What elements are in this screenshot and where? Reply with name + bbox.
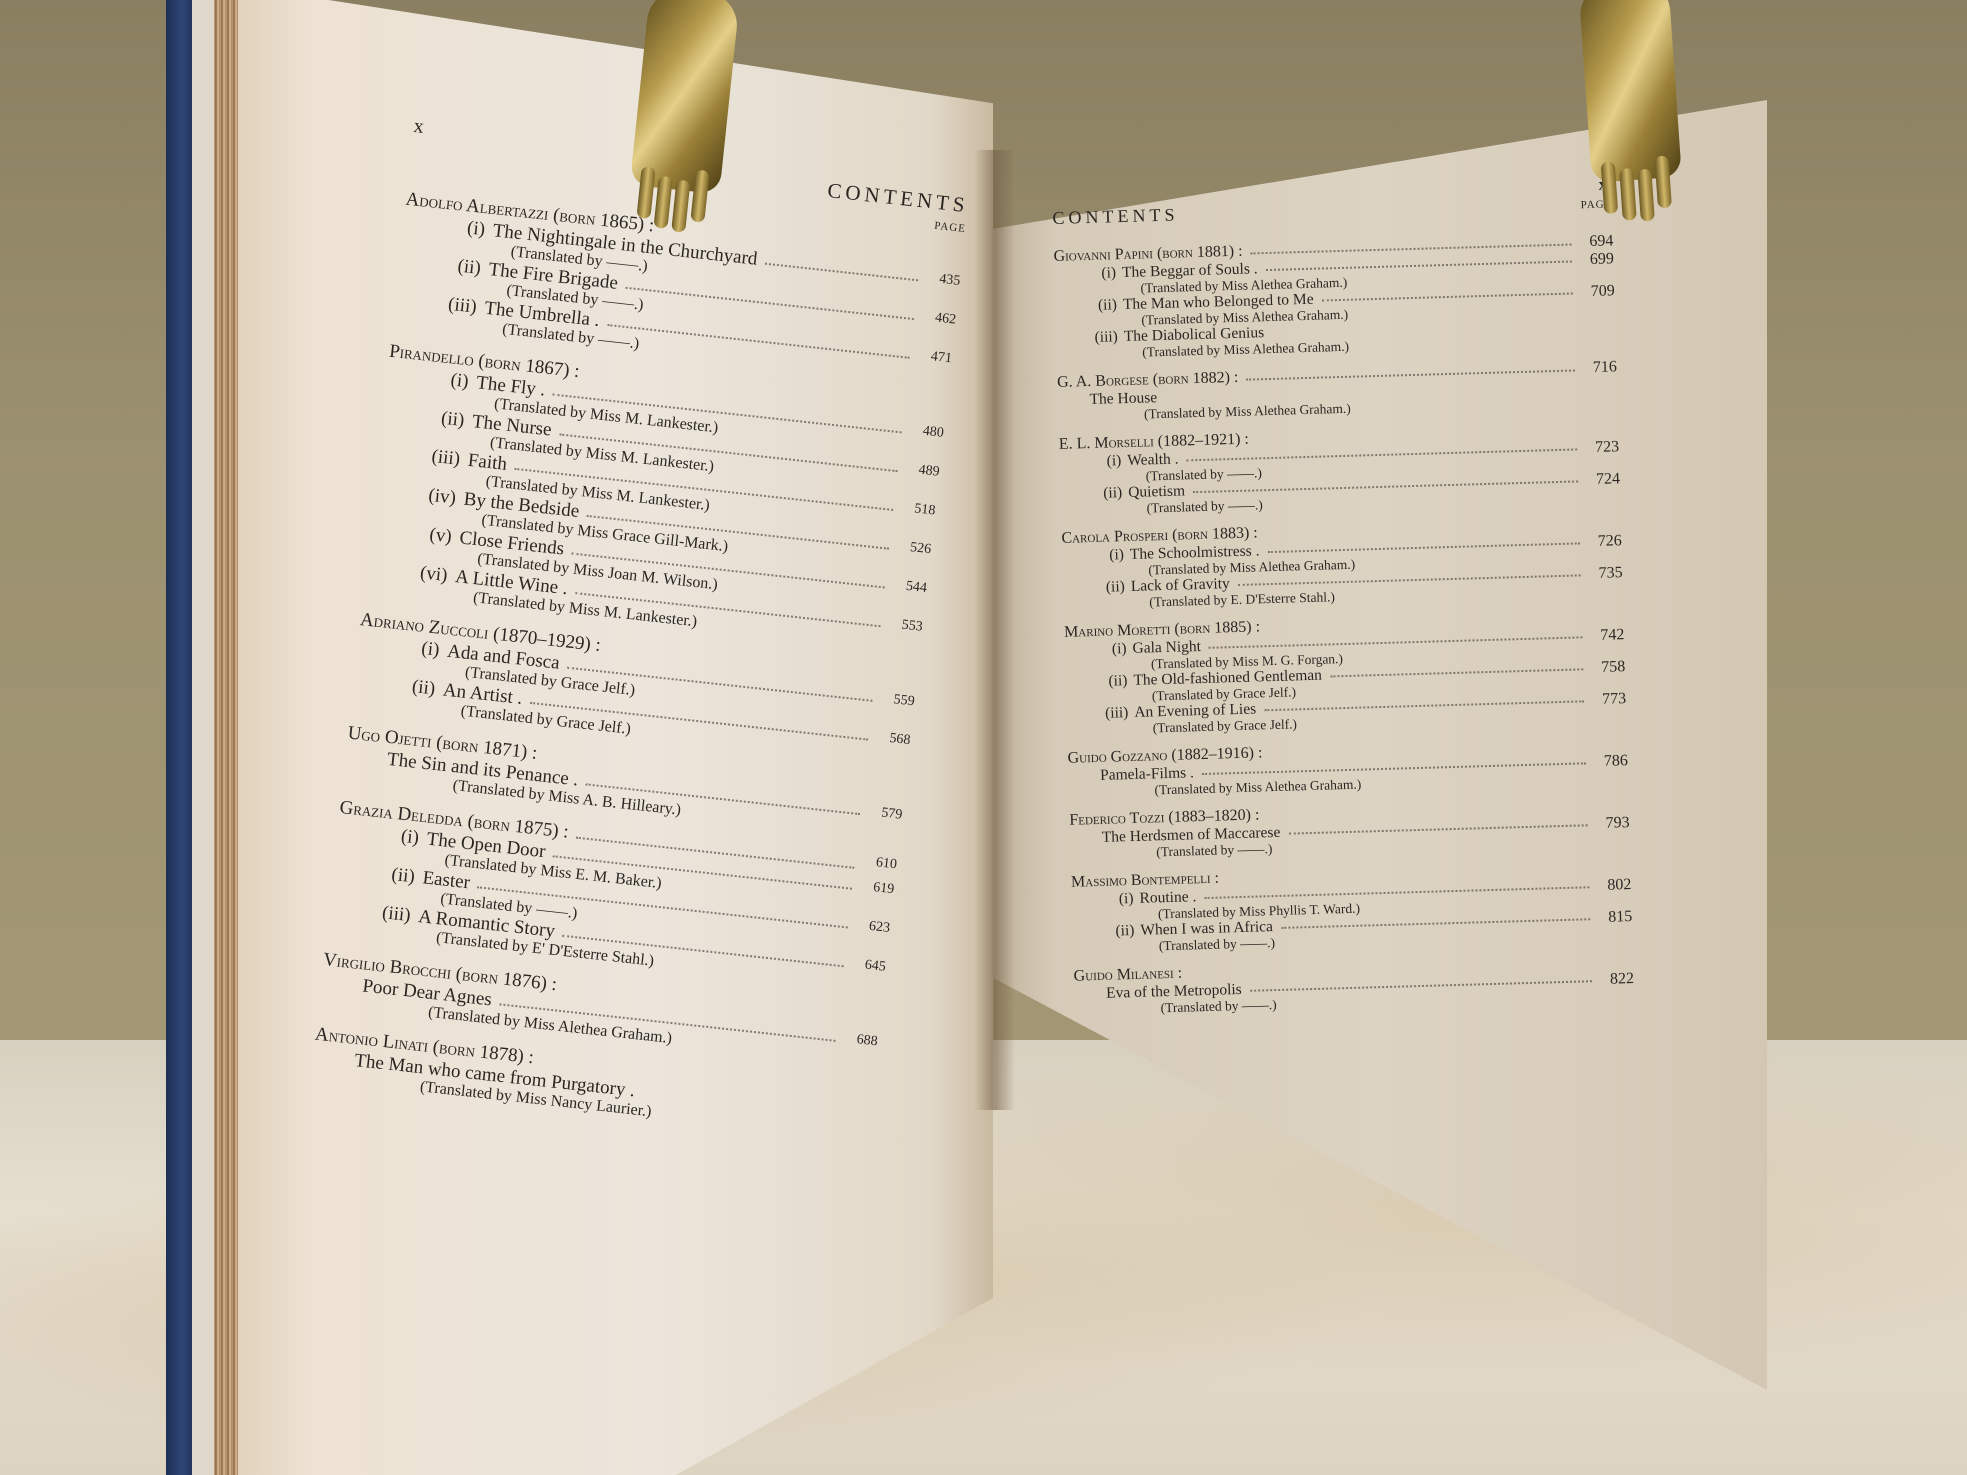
page-number bbox=[1599, 952, 1633, 971]
story-number: (i) bbox=[1096, 640, 1126, 658]
book-page-edges bbox=[214, 0, 240, 1475]
story-title: Wealth . bbox=[1127, 451, 1179, 469]
story-number: (i) bbox=[1086, 264, 1116, 282]
story-number: (v) bbox=[411, 522, 453, 547]
page-number: 471 bbox=[917, 345, 953, 370]
page-number: 480 bbox=[909, 419, 945, 444]
page-number: 462 bbox=[921, 306, 957, 331]
story-number: (i) bbox=[428, 367, 470, 392]
story-number: (ii) bbox=[1095, 578, 1125, 596]
page-number bbox=[1593, 734, 1627, 753]
page-number: 435 bbox=[925, 267, 961, 292]
brass-hand-clip-right bbox=[1578, 0, 1682, 183]
contents-heading-left: CONTENTS bbox=[826, 178, 970, 218]
story-number: (vi) bbox=[407, 561, 449, 586]
page-number: 553 bbox=[888, 613, 924, 638]
page-number: 802 bbox=[1597, 876, 1631, 894]
page-number: 694 bbox=[1579, 232, 1613, 251]
page-column-label-left: PAGE bbox=[934, 220, 967, 235]
page-number bbox=[1583, 376, 1617, 394]
story-number: (iii) bbox=[436, 293, 478, 318]
story-title: Faith bbox=[467, 450, 508, 475]
page-number: 489 bbox=[905, 458, 941, 483]
story-title: Gala Night bbox=[1132, 638, 1201, 657]
page-number: 559 bbox=[880, 688, 916, 713]
story-number: (i) bbox=[1094, 546, 1124, 564]
story-number: (ii) bbox=[440, 254, 482, 279]
page-number: 579 bbox=[867, 801, 903, 826]
story-number: (ii) bbox=[374, 862, 416, 887]
page-number: 786 bbox=[1594, 752, 1628, 770]
page-number: 623 bbox=[855, 914, 891, 939]
page-number bbox=[835, 1102, 871, 1127]
page-number: 723 bbox=[1585, 438, 1619, 456]
dot-leader bbox=[1250, 234, 1571, 255]
folio-left: x bbox=[413, 115, 425, 139]
page-number: 742 bbox=[1590, 626, 1624, 644]
page-number: 793 bbox=[1595, 814, 1629, 832]
page-number: 822 bbox=[1600, 970, 1634, 988]
story-number: (iii) bbox=[1098, 704, 1128, 722]
story-number: (ii) bbox=[1092, 484, 1122, 502]
book-cover-inner bbox=[192, 0, 214, 1475]
page-number: 699 bbox=[1580, 250, 1614, 268]
page-number: 735 bbox=[1588, 564, 1622, 582]
page-number: 526 bbox=[896, 536, 932, 561]
dot-leader bbox=[1246, 359, 1575, 380]
page-number: 716 bbox=[1583, 358, 1617, 377]
story-number: (i) bbox=[398, 636, 440, 661]
story-number: (ii) bbox=[423, 406, 465, 431]
story-title: Quietism bbox=[1128, 482, 1185, 501]
story-title-group: The House bbox=[1089, 389, 1157, 408]
page-number: 709 bbox=[1581, 282, 1615, 300]
page-number: 544 bbox=[892, 574, 928, 599]
story-number: (ii) bbox=[1087, 296, 1117, 314]
story-title: The House bbox=[1089, 389, 1157, 408]
story-number: (i) bbox=[1091, 452, 1121, 470]
page-number: 724 bbox=[1586, 470, 1620, 488]
page-number: 688 bbox=[843, 1028, 879, 1053]
story-number: (iii) bbox=[1088, 328, 1118, 346]
right-page-contents: xi CONTENTS PAGE Giovanni Papini (born 1… bbox=[1052, 184, 1635, 1017]
page-number bbox=[1595, 796, 1629, 815]
toc-entries-left: Adolfo Albertazzi (born 1865) :(i)The Ni… bbox=[310, 189, 964, 1145]
story-number: (ii) bbox=[1097, 672, 1127, 690]
story-number: (i) bbox=[378, 823, 420, 848]
page-number: 773 bbox=[1592, 690, 1626, 708]
page-number: 518 bbox=[900, 497, 936, 522]
story-number: (i) bbox=[444, 215, 486, 240]
story-title: Routine . bbox=[1139, 888, 1196, 907]
page-number bbox=[1590, 608, 1624, 627]
page-number bbox=[1587, 514, 1621, 533]
book-gutter bbox=[975, 150, 1015, 1110]
page-number: 758 bbox=[1591, 658, 1625, 676]
page-number: 619 bbox=[859, 876, 895, 901]
story-number: (iii) bbox=[419, 445, 461, 470]
story-number: (i) bbox=[1103, 890, 1133, 908]
left-page-contents: x CONTENTS PAGE Adolfo Albertazzi (born … bbox=[310, 115, 972, 1145]
page-number: 568 bbox=[875, 727, 911, 752]
toc-entries-right: Giovanni Papini (born 1881) :694(i)The B… bbox=[1053, 232, 1634, 1017]
page-number: 726 bbox=[1588, 532, 1622, 550]
contents-heading-right: CONTENTS bbox=[1052, 204, 1179, 229]
story-number: (ii) bbox=[1104, 922, 1134, 940]
page-number: 645 bbox=[851, 953, 887, 978]
page-number: 815 bbox=[1598, 908, 1632, 926]
page-number bbox=[1597, 858, 1631, 877]
story-number: (iv) bbox=[415, 483, 457, 508]
page-number bbox=[1584, 420, 1618, 439]
page-number bbox=[1581, 314, 1615, 332]
story-number: (ii) bbox=[394, 674, 436, 699]
book-cover-blue bbox=[166, 0, 192, 1475]
story-number: (iii) bbox=[370, 901, 412, 926]
